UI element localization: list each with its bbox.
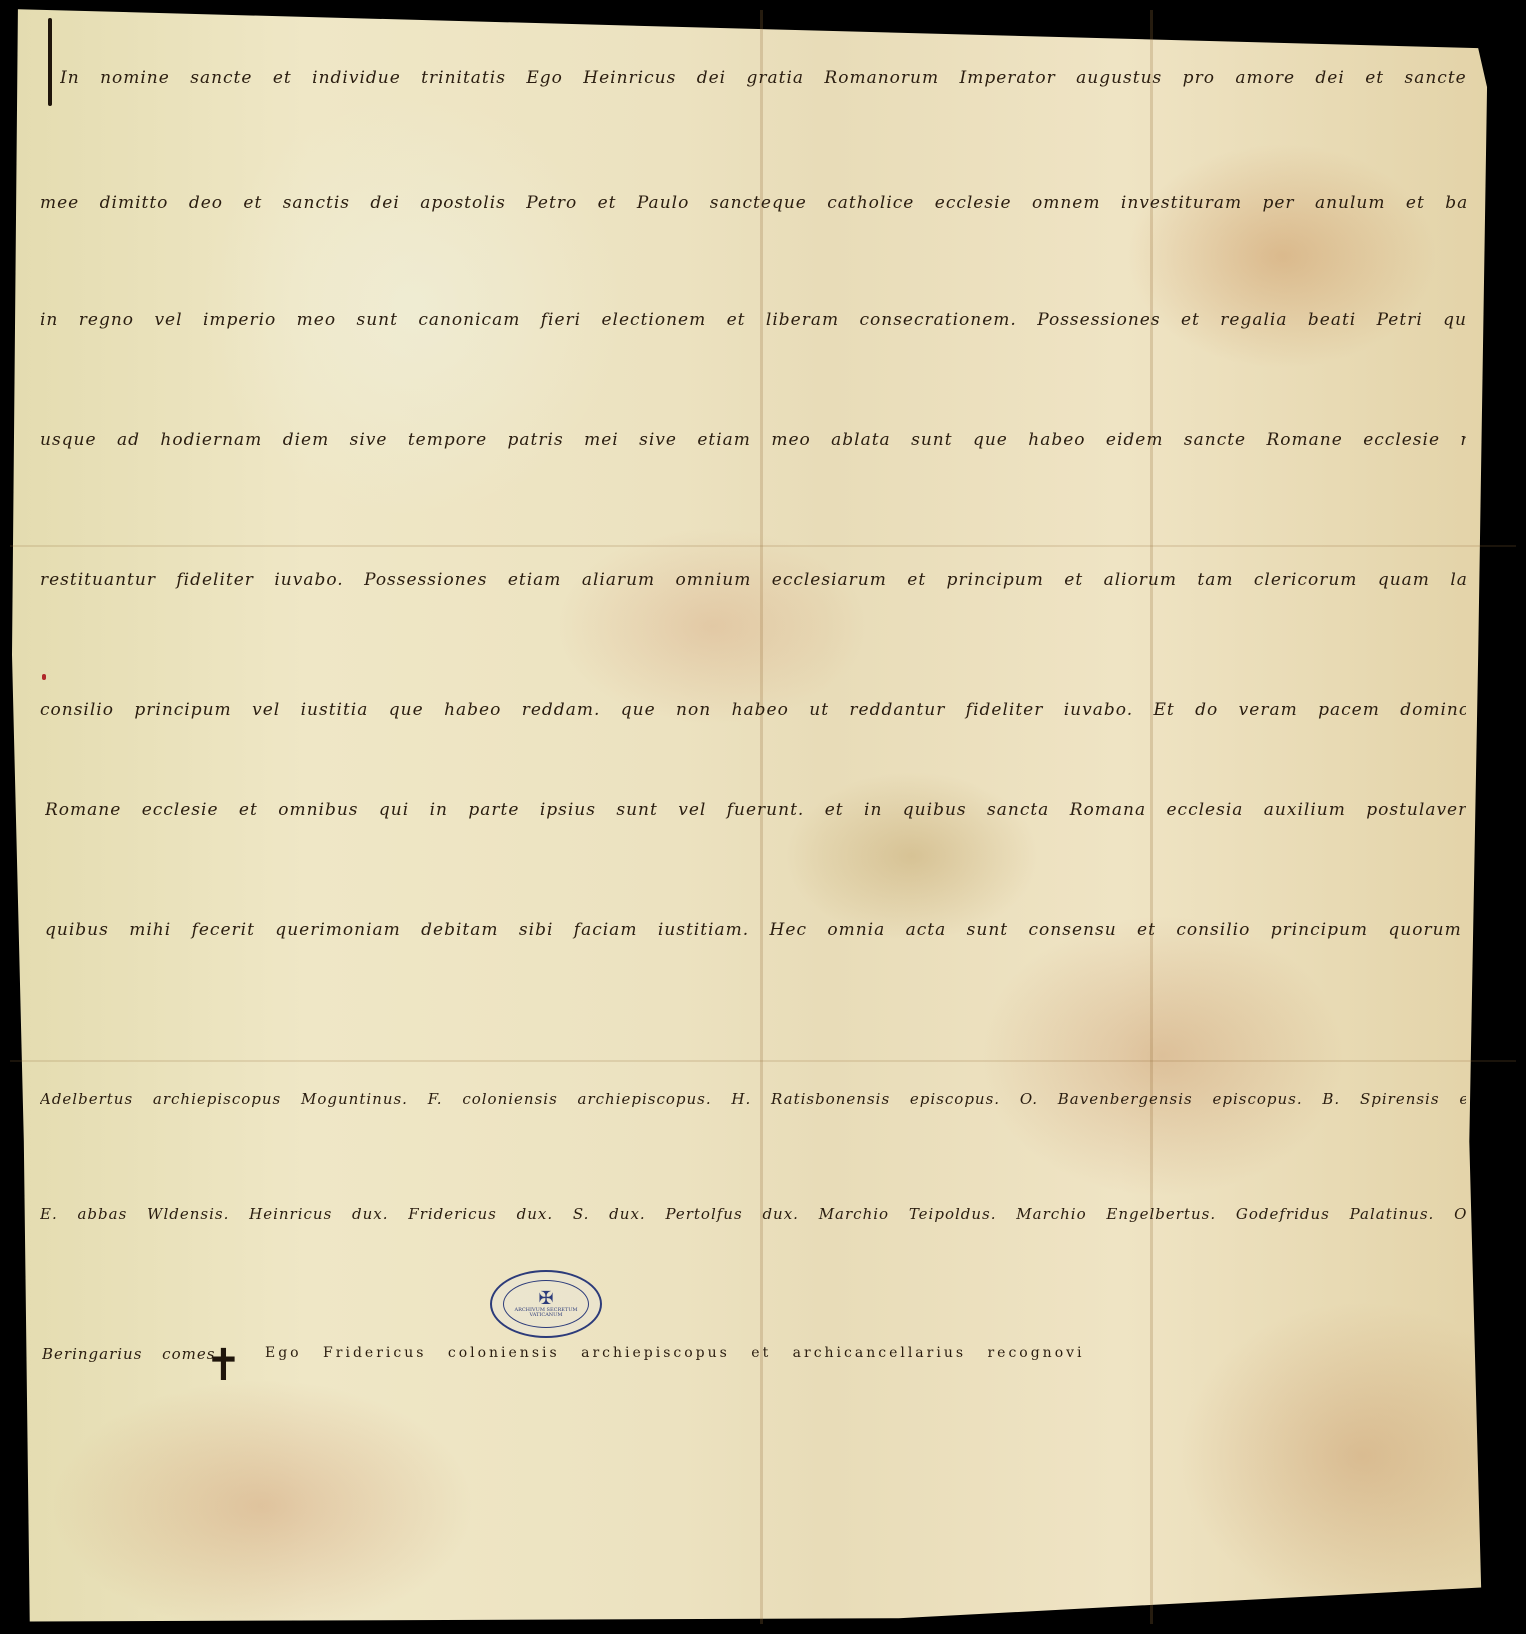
chancellor-subscription: Ego Fridericus coloniensis archiepiscopu… xyxy=(265,1345,1266,1361)
horizontal-fold-crease xyxy=(10,545,1516,547)
text-line-5: restituantur fideliter iuvabo. Possessio… xyxy=(40,570,1466,590)
cross-icon: ✝ xyxy=(205,1340,242,1391)
horizontal-fold-crease xyxy=(10,1060,1516,1062)
text-line-3: in regno vel imperio meo sunt canonicam … xyxy=(40,310,1466,330)
witness-line-2: E. abbas Wldensis. Heinricus dux. Frider… xyxy=(40,1205,1466,1223)
text-line-7: Romane ecclesie et omnibus qui in parte … xyxy=(45,800,1466,820)
text-line-8: quibus mihi fecerit querimoniam debitam … xyxy=(45,920,1466,940)
archive-stamp-seal: ✠ ARCHIVUM SECRETUM VATICANUM xyxy=(490,1270,602,1338)
text-line-1: In nomine sancte et individue trinitatis… xyxy=(60,68,1466,88)
papal-keys-icon: ✠ xyxy=(538,1290,553,1308)
seal-label: ARCHIVUM SECRETUM VATICANUM xyxy=(504,1308,588,1318)
text-line-4: usque ad hodiernam diem sive tempore pat… xyxy=(40,430,1466,450)
witness-line-1: Adelbertus archiepiscopus Moguntinus. F.… xyxy=(40,1090,1466,1108)
witness-beringarius: Beringarius comes xyxy=(42,1345,215,1363)
initial-letter-i xyxy=(48,18,52,106)
red-ink-mark xyxy=(42,674,46,680)
text-line-2: mee dimitto deo et sanctis dei apostolis… xyxy=(40,193,1466,213)
text-line-6: consilio principum vel iustitia que habe… xyxy=(40,700,1466,720)
